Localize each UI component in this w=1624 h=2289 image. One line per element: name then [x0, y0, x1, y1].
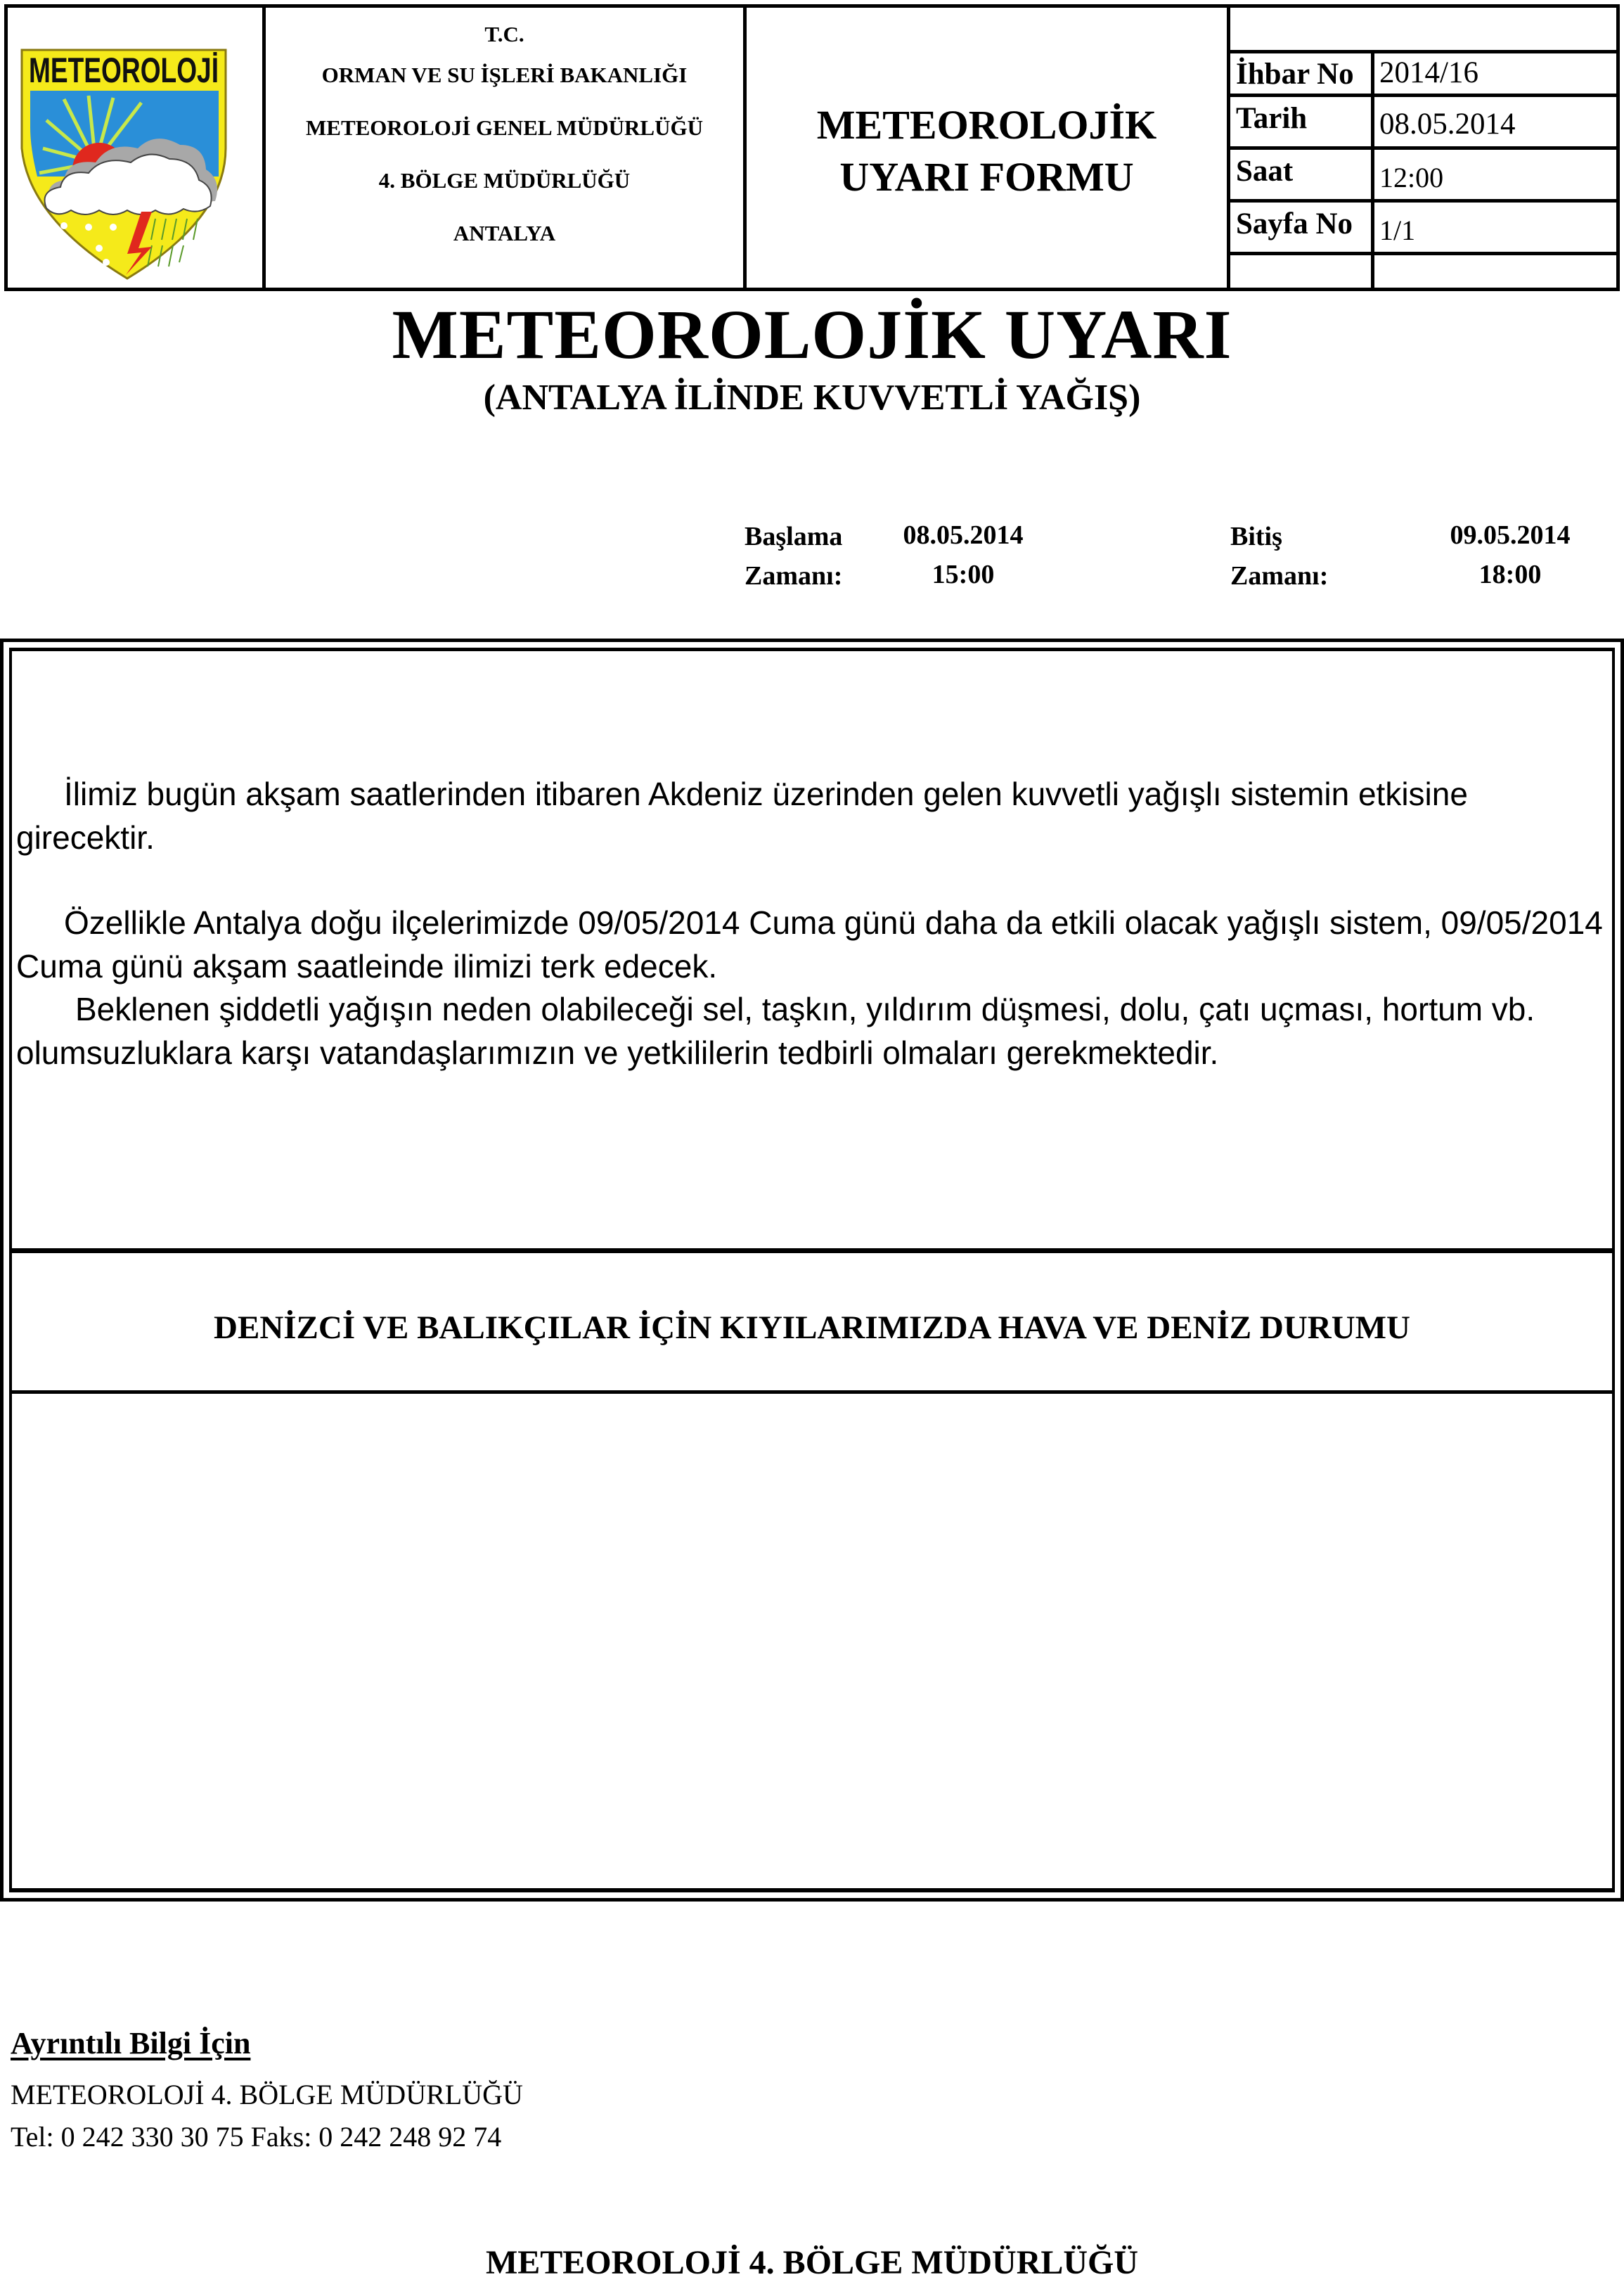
- form-title-line-2: UYARI FORMU: [747, 151, 1227, 203]
- form-header-table: METEOROLOJİ: [4, 4, 1620, 291]
- contact-heading: Ayrıntılı Bilgi İçin: [11, 2025, 250, 2061]
- form-title-line-1: METEOROLOJİK: [747, 99, 1227, 151]
- start-time-value: 08.05.2014 15:00: [896, 515, 1030, 594]
- meta-label: Saat: [1236, 154, 1293, 188]
- logo-cell: METEOROLOJİ: [8, 8, 262, 288]
- meta-label: İhbar No: [1236, 57, 1354, 91]
- org-line-directorate: METEOROLOJİ GENEL MÜDÜRLÜĞÜ: [266, 115, 743, 141]
- organization-block: T.C. ORMAN VE SU İŞLERİ BAKANLIĞI METEOR…: [266, 8, 743, 288]
- meta-row-ihbar-no: İhbar No 2014/16: [1230, 50, 1616, 94]
- meta-value: 08.05.2014: [1379, 107, 1516, 141]
- meta-label: Tarih: [1236, 101, 1307, 136]
- org-line-ministry: ORMAN VE SU İŞLERİ BAKANLIĞI: [266, 63, 743, 88]
- form-meta-table: İhbar No 2014/16 Tarih 08.05.2014 Saat 1…: [1230, 8, 1616, 288]
- end-time-value: 09.05.2014 18:00: [1443, 515, 1577, 594]
- meta-value: 1/1: [1379, 214, 1415, 247]
- meta-value: 2014/16: [1379, 56, 1478, 90]
- contact-organization: METEOROLOJİ 4. BÖLGE MÜDÜRLÜĞÜ: [11, 2078, 523, 2111]
- org-line-region: 4. BÖLGE MÜDÜRLÜĞÜ: [266, 168, 743, 193]
- meta-label: Sayfa No: [1236, 207, 1353, 241]
- meta-row-empty: [1230, 252, 1616, 288]
- footer-organization: METEOROLOJİ 4. BÖLGE MÜDÜRLÜĞÜ: [0, 2243, 1624, 2282]
- marine-section-heading: DENİZCİ VE BALIKÇILAR İÇİN KIYILARIMIZDA…: [12, 1309, 1612, 1347]
- section-divider: [12, 1248, 1612, 1253]
- meta-row-tarih: Tarih 08.05.2014: [1230, 94, 1616, 146]
- contact-phone-fax: Tel: 0 242 330 30 75 Faks: 0 242 248 92 …: [11, 2120, 501, 2153]
- org-line-tc: T.C.: [266, 22, 743, 47]
- svg-text:METEOROLOJİ: METEOROLOJİ: [29, 51, 219, 90]
- meta-row-saat: Saat 12:00: [1230, 146, 1616, 199]
- page-subtitle: (ANTALYA İLİNDE KUVVETLİ YAĞIŞ): [0, 377, 1624, 418]
- page-title: METEOROLOJİK UYARI: [0, 294, 1624, 375]
- warning-paragraph: İlimiz bugün akşam saatlerinden itibaren…: [16, 772, 1608, 859]
- warning-paragraph: Beklenen şiddetli yağışın neden olabilec…: [16, 987, 1608, 1075]
- org-line-city: ANTALYA: [266, 221, 743, 246]
- warning-paragraph: Özellikle Antalya doğu ilçelerimizde 09/…: [16, 901, 1608, 988]
- meta-value: 12:00: [1379, 161, 1443, 194]
- end-time-label: Bitiş Zamanı:: [1230, 517, 1328, 596]
- marine-section-content: [12, 1394, 1612, 1888]
- warning-body: İlimiz bugün akşam saatlerinden itibaren…: [9, 648, 1615, 1892]
- start-time-label: Başlama Zamanı:: [745, 517, 842, 596]
- meta-row-sayfa-no: Sayfa No 1/1: [1230, 199, 1616, 252]
- meteoroloji-shield-logo-icon: METEOROLOJİ: [15, 43, 233, 282]
- form-title-block: METEOROLOJİK UYARI FORMU: [747, 8, 1227, 288]
- warning-body-frame: İlimiz bugün akşam saatlerinden itibaren…: [0, 639, 1624, 1902]
